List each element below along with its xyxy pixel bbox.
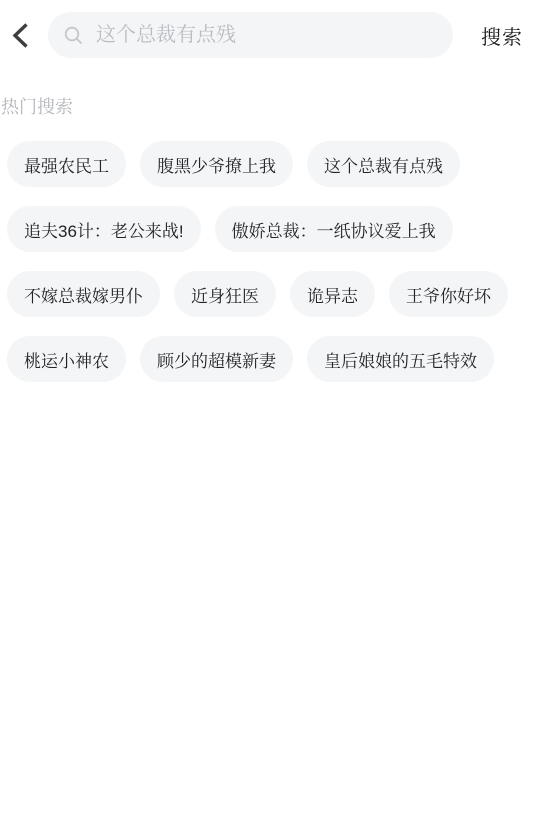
hot-search-tag[interactable]: 不嫁总裁嫁男仆	[7, 271, 160, 317]
hot-search-tag[interactable]: 近身狂医	[174, 271, 276, 317]
search-input[interactable]	[96, 24, 437, 47]
hot-search-tag[interactable]: 腹黑少爷撩上我	[140, 141, 293, 187]
hot-search-tag[interactable]: 王爷你好坏	[389, 271, 508, 317]
hot-search-title: 热门搜索	[1, 97, 543, 117]
tag-row: 不嫁总裁嫁男仆近身狂医诡异志王爷你好坏	[7, 271, 536, 317]
tag-row: 最强农民工腹黑少爷撩上我这个总裁有点残	[7, 141, 536, 187]
hot-search-section: 热门搜索 最强农民工腹黑少爷撩上我这个总裁有点残追夫36计：老公来战!傲娇总裁：…	[0, 97, 543, 382]
tag-row: 桃运小神农顾少的超模新妻皇后娘娘的五毛特效	[7, 336, 536, 382]
search-page: 搜索 热门搜索 最强农民工腹黑少爷撩上我这个总裁有点残追夫36计：老公来战!傲娇…	[0, 0, 543, 823]
hot-search-tag[interactable]: 傲娇总裁：一纸协议爱上我	[215, 206, 453, 252]
tag-row: 追夫36计：老公来战!傲娇总裁：一纸协议爱上我	[7, 206, 536, 252]
hot-search-tags: 最强农民工腹黑少爷撩上我这个总裁有点残追夫36计：老公来战!傲娇总裁：一纸协议爱…	[0, 141, 543, 382]
hot-search-tag[interactable]: 最强农民工	[7, 141, 126, 187]
back-button[interactable]	[6, 12, 40, 58]
hot-search-tag[interactable]: 诡异志	[290, 271, 375, 317]
hot-search-tag[interactable]: 顾少的超模新妻	[140, 336, 293, 382]
chevron-left-icon	[10, 22, 32, 49]
hot-search-tag[interactable]: 桃运小神农	[7, 336, 126, 382]
search-box[interactable]	[48, 12, 453, 58]
top-bar: 搜索	[0, 0, 543, 58]
search-button[interactable]: 搜索	[481, 21, 523, 50]
search-icon	[64, 26, 83, 45]
hot-search-tag[interactable]: 皇后娘娘的五毛特效	[307, 336, 494, 382]
hot-search-tag[interactable]: 追夫36计：老公来战!	[7, 206, 201, 252]
hot-search-tag[interactable]: 这个总裁有点残	[307, 141, 460, 187]
